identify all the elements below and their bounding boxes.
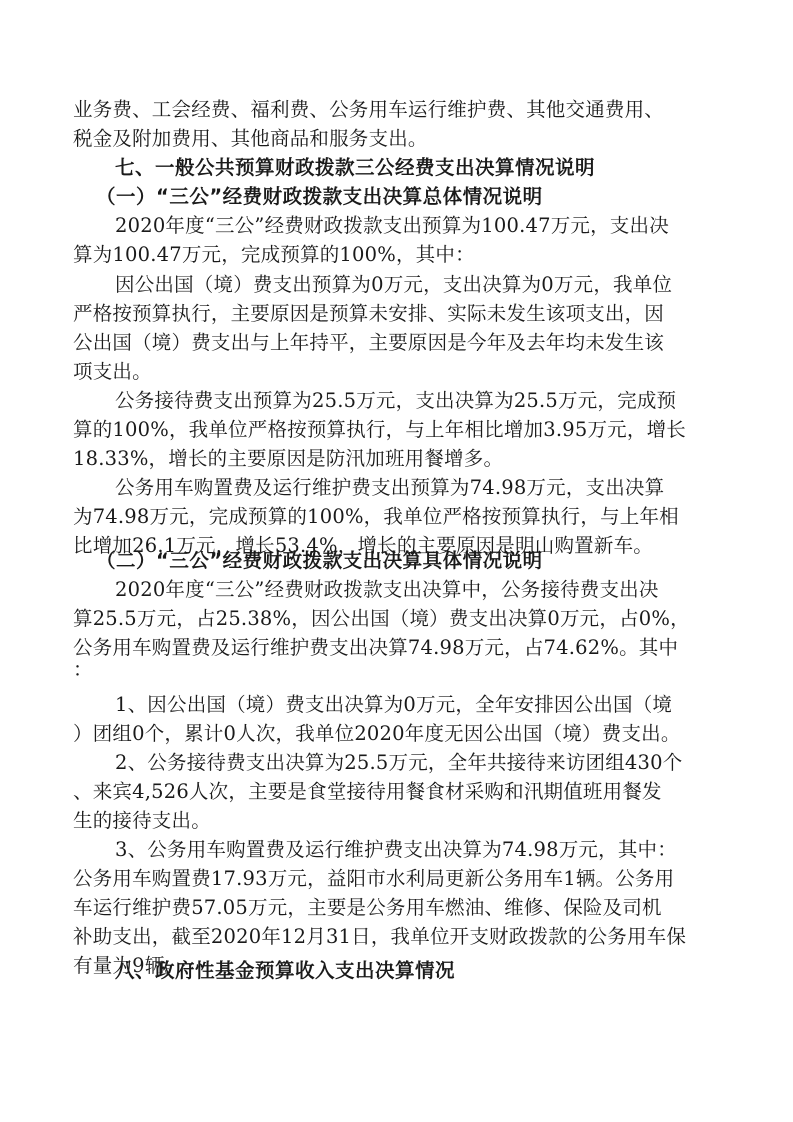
paragraph-line: 18.33%，增长的主要原因是防汛加班用餐增多。	[73, 444, 713, 474]
paragraph-line: 为74.98万元，完成预算的100%，我单位严格按预算执行，与上年相	[73, 502, 713, 532]
paragraph-line: ）团组0个，累计0人次，我单位2020年度无因公出国（境）费支出。	[73, 719, 713, 749]
paragraph-line: 公务用车购置费17.93万元，益阳市水利局更新公务用车1辆。公务用	[73, 864, 713, 894]
paragraph-line: 2020年度“三公”经费财政拨款支出决算中，公务接待费支出决	[115, 575, 755, 605]
subsection-heading-2: （二）“三公”经费财政拨款支出决算具体情况说明	[96, 546, 736, 576]
paragraph-line: 生的接待支出。	[73, 806, 713, 836]
paragraph-line: 项支出。	[73, 357, 713, 387]
paragraph-line: 公出国（境）费支出与上年持平，主要原因是今年及去年均未发生该	[73, 328, 713, 358]
paragraph-line: 公务用车购置费及运行维护费支出预算为74.98万元，支出决算	[115, 473, 755, 503]
paragraph-line: ：	[73, 655, 713, 685]
paragraph-line: 算为100.47万元，完成预算的100%，其中：	[73, 240, 713, 270]
paragraph-line: 2、公务接待费支出决算为25.5万元，全年共接待来访团组430个	[115, 748, 755, 778]
document-page: 业务费、工会经费、福利费、公务用车运行维护费、其他交通费用、 税金及附加费用、其…	[0, 0, 793, 1122]
paragraph-line: 3、公务用车购置费及运行维护费支出决算为74.98万元，其中：	[115, 835, 755, 865]
paragraph-line: 业务费、工会经费、福利费、公务用车运行维护费、其他交通费用、	[73, 95, 713, 125]
paragraph-line: 补助支出，截至2020年12月31日，我单位开支财政拨款的公务用车保	[73, 922, 713, 952]
paragraph-line: 1、因公出国（境）费支出决算为0万元，全年安排因公出国（境	[115, 690, 755, 720]
paragraph-line: 严格按预算执行，主要原因是预算未安排、实际未发生该项支出，因	[73, 299, 713, 329]
paragraph-line: 、来宾4,526人次，主要是食堂接待用餐食材采购和汛期值班用餐发	[73, 777, 713, 807]
paragraph-line: 算25.5万元，占25.38%，因公出国（境）费支出决算0万元，占0%，	[73, 604, 713, 634]
paragraph-line: 2020年度“三公”经费财政拨款支出预算为100.47万元，支出决	[115, 211, 755, 241]
paragraph-line: 因公出国（境）费支出预算为0万元，支出决算为0万元，我单位	[115, 270, 755, 300]
section-heading-8: 八、政府性基金预算收入支出决算情况	[115, 956, 755, 986]
paragraph-line: 车运行维护费57.05万元，主要是公务用车燃油、维修、保险及司机	[73, 893, 713, 923]
subsection-heading-1: （一）“三公”经费财政拨款支出决算总体情况说明	[96, 182, 736, 212]
section-heading-7: 七、一般公共预算财政拨款三公经费支出决算情况说明	[115, 153, 755, 183]
paragraph-line: 税金及附加费用、其他商品和服务支出。	[73, 124, 713, 154]
paragraph-line: 算的100%，我单位严格按预算执行，与上年相比增加3.95万元，增长	[73, 415, 713, 445]
paragraph-line: 公务接待费支出预算为25.5万元，支出决算为25.5万元，完成预	[115, 386, 755, 416]
